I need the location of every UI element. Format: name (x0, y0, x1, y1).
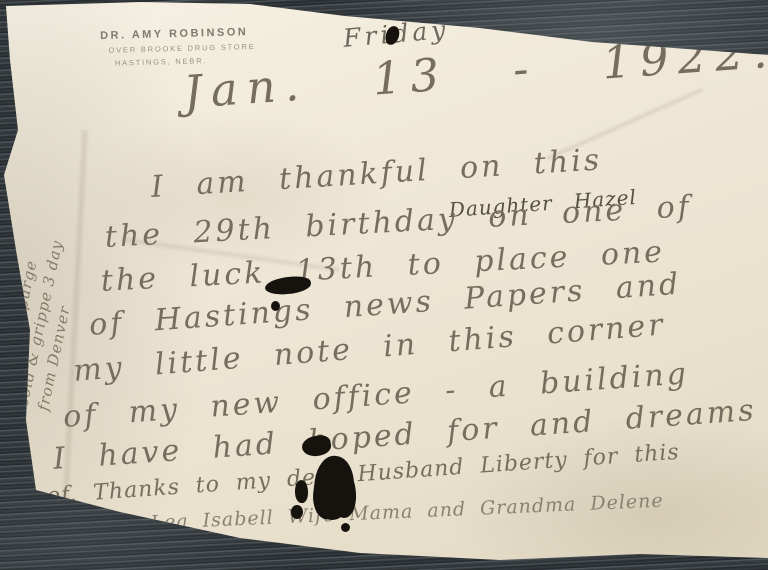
ink-blot (341, 523, 350, 532)
handwritten-date: Jan. 13 - 1922. (182, 25, 768, 119)
ink-blot (295, 480, 308, 503)
letterhead-address-line: OVER BROOKE DRUG STORE (108, 42, 255, 55)
ink-blot (271, 301, 280, 311)
letterhead-name: DR. AMY ROBINSON (100, 26, 255, 42)
letter-paper: DR. AMY ROBINSON OVER BROOKE DRUG STORE … (0, 0, 768, 570)
ink-blot (291, 505, 303, 519)
photo-of-letter: DR. AMY ROBINSON OVER BROOKE DRUG STORE … (0, 0, 768, 570)
